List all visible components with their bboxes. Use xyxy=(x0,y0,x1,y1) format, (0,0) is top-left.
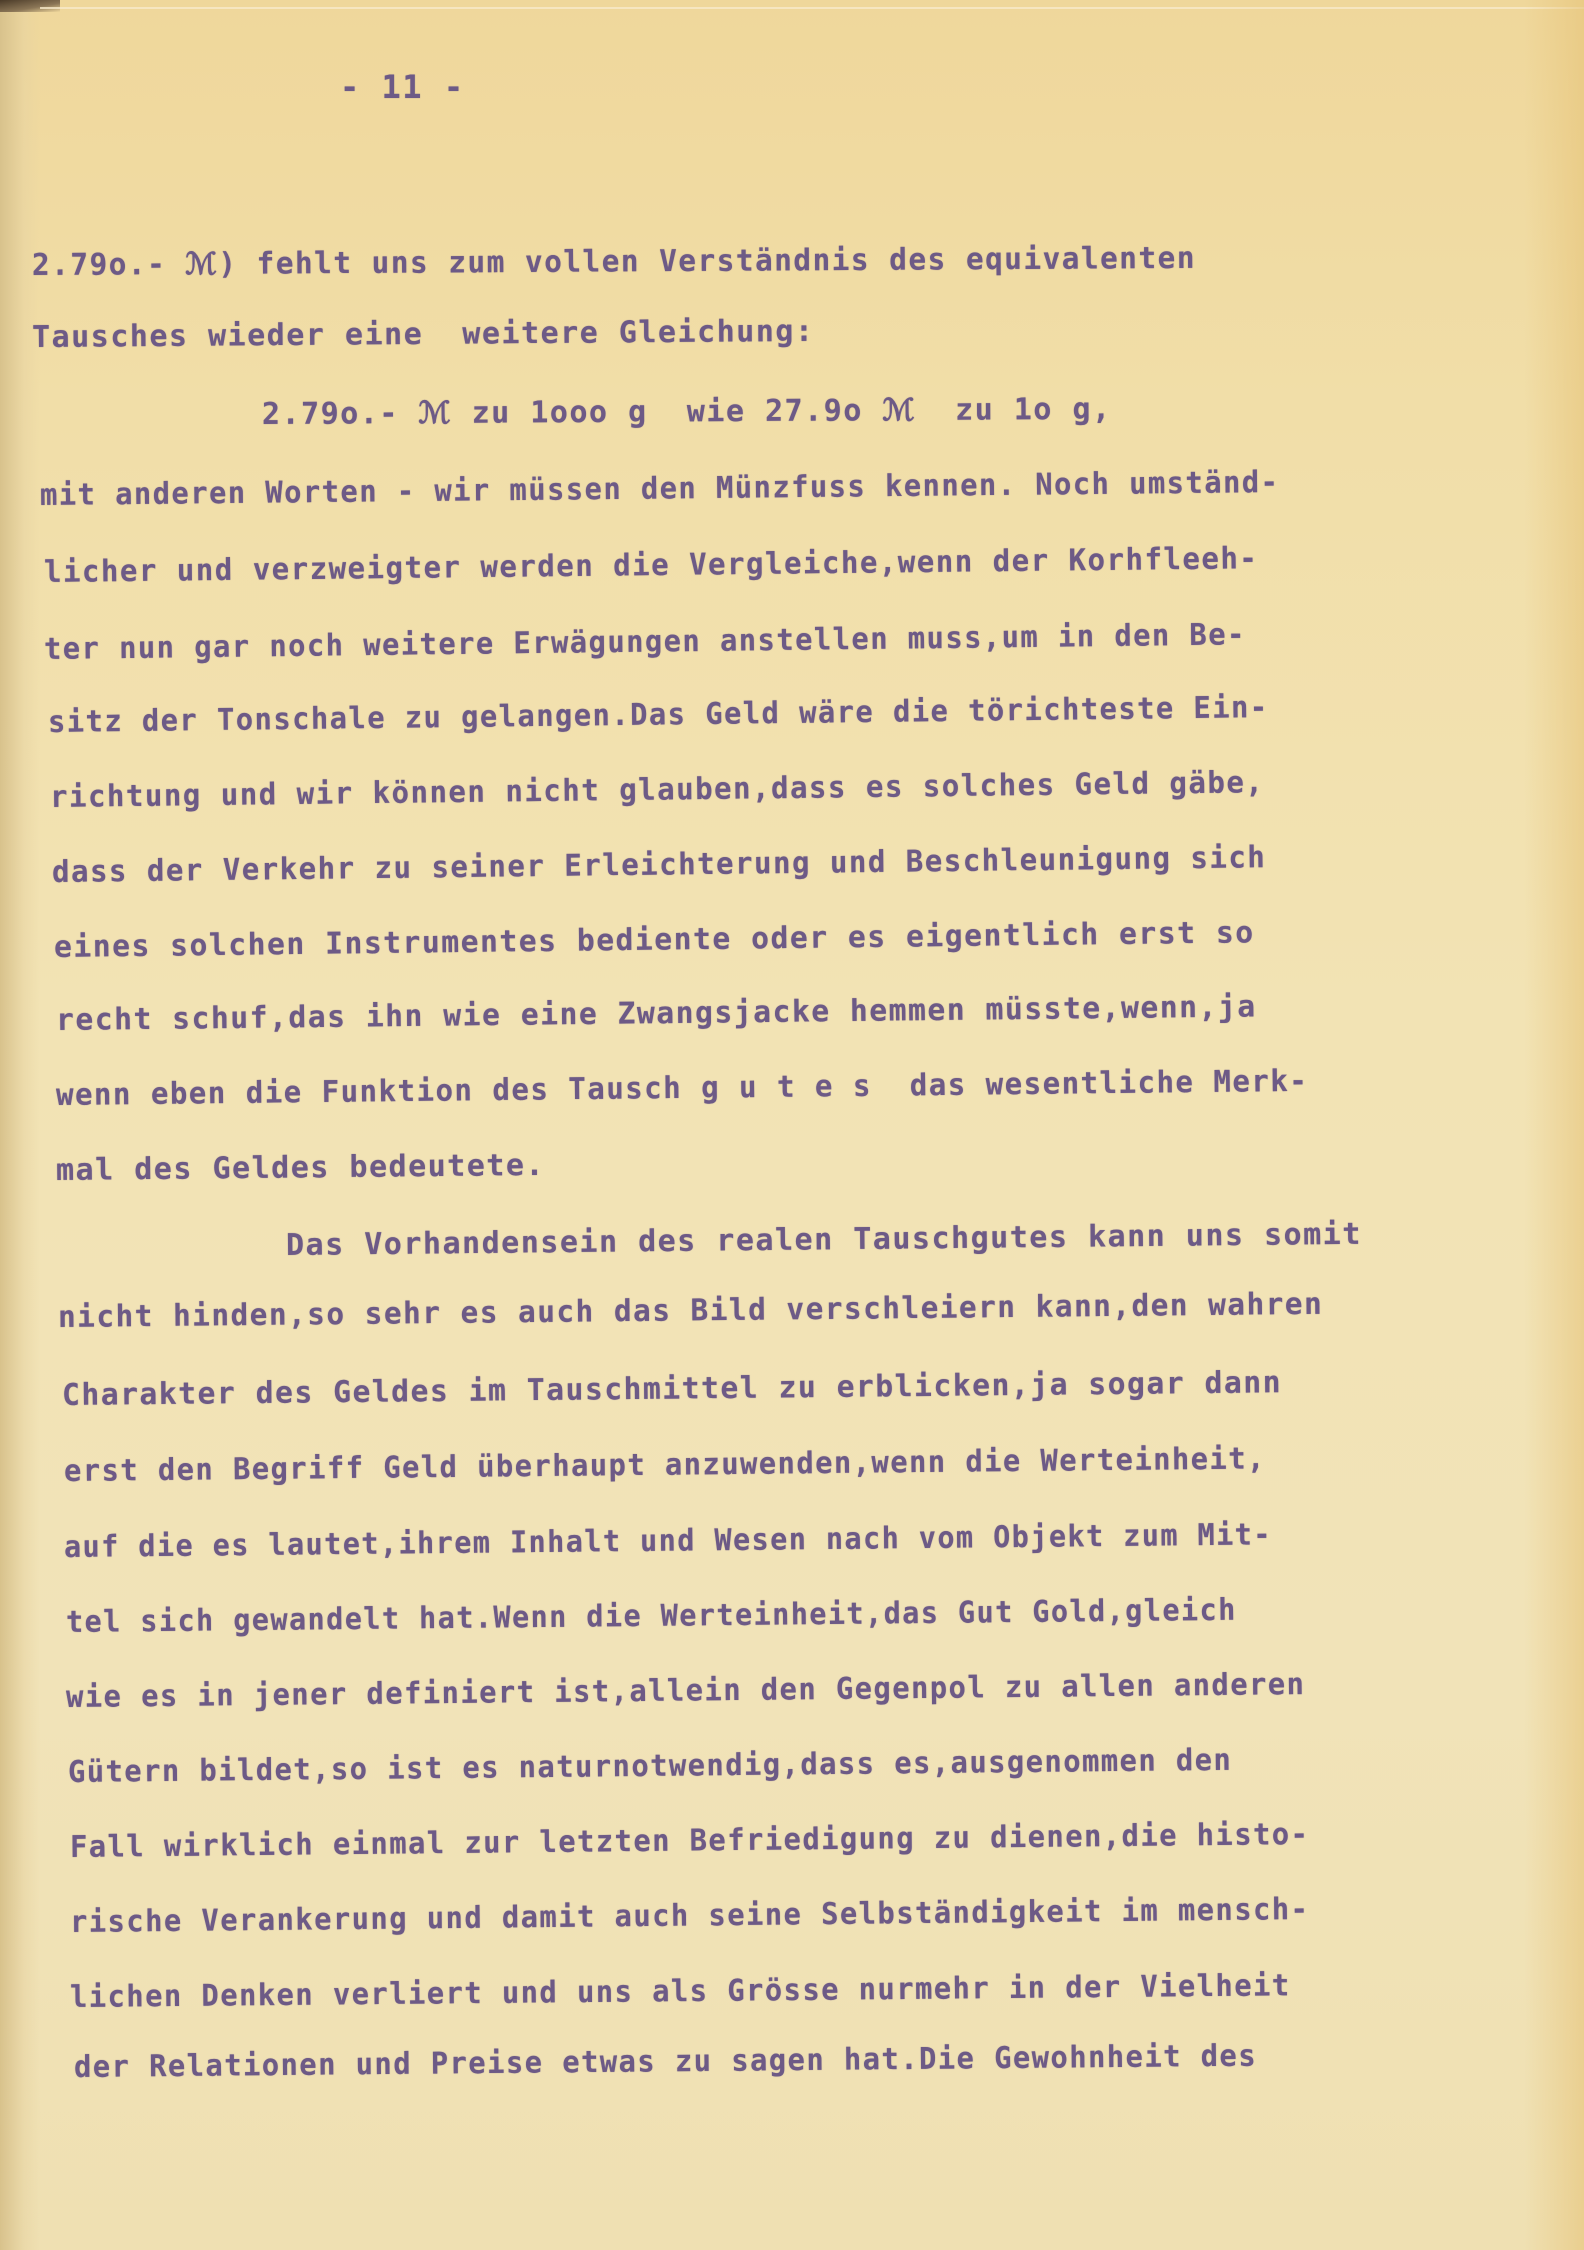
text-line: Tausches wieder eine weitere Gleichung: xyxy=(32,314,815,355)
text-line: lichen Denken verliert und uns als Gröss… xyxy=(70,1968,1291,2015)
text-line: licher und verzweigter werden die Vergle… xyxy=(44,541,1259,590)
text-line: 2.79o.- ℳ) fehlt uns zum vollen Verständ… xyxy=(32,241,1196,283)
text-line: der Relationen und Preise etwas zu sagen… xyxy=(74,2039,1257,2085)
text-line: mit anderen Worten - wir müssen den Münz… xyxy=(40,465,1280,513)
text-line: Charakter des Geldes im Tauschmittel zu … xyxy=(62,1365,1282,1413)
text-line: sitz der Tonschale zu gelangen.Das Geld … xyxy=(48,690,1269,740)
text-line: eines solchen Instrumentes bediente oder… xyxy=(54,915,1255,965)
text-line: wenn eben die Funktion des Tausch g u t … xyxy=(56,1064,1309,1113)
text-line: recht schuf,das ihn wie eine Zwangsjacke… xyxy=(56,989,1257,1038)
text-line: wie es in jener definiert ist,allein den… xyxy=(66,1667,1306,1715)
text-line: ter nun gar noch weitere Erwägungen anst… xyxy=(44,617,1246,667)
text-line: dass der Verkehr zu seiner Erleichterung… xyxy=(52,840,1267,890)
text-line: auf die es lautet,ihrem Inhalt und Wesen… xyxy=(64,1517,1272,1565)
text-line: nicht hinden,so sehr es auch das Bild ve… xyxy=(58,1287,1324,1335)
text-line: Fall wirklich einmal zur letzten Befried… xyxy=(70,1817,1310,1865)
text-line: rische Verankerung und damit auch seine … xyxy=(70,1892,1310,1940)
page-number: - 11 - xyxy=(340,68,465,106)
paragraph-start-line: Das Vorhandensein des realen Tauschgutes… xyxy=(286,1217,1362,1263)
text-line: mal des Geldes bedeutete. xyxy=(56,1148,545,1188)
text-line: Gütern bildet,so ist es naturnotwendig,d… xyxy=(68,1743,1233,1790)
typewritten-text: - 11 - 2.79o.- ℳ) fehlt uns zum vollen V… xyxy=(0,0,1584,2250)
text-line: erst den Begriff Geld überhaupt anzuwend… xyxy=(64,1441,1266,1489)
equation-line: 2.79o.- ℳ zu 1ooo g wie 27.9o ℳ zu 1o g, xyxy=(262,392,1112,432)
text-line: richtung und wir können nicht glauben,da… xyxy=(50,765,1265,815)
text-line: tel sich gewandelt hat.Wenn die Werteinh… xyxy=(66,1593,1237,1640)
